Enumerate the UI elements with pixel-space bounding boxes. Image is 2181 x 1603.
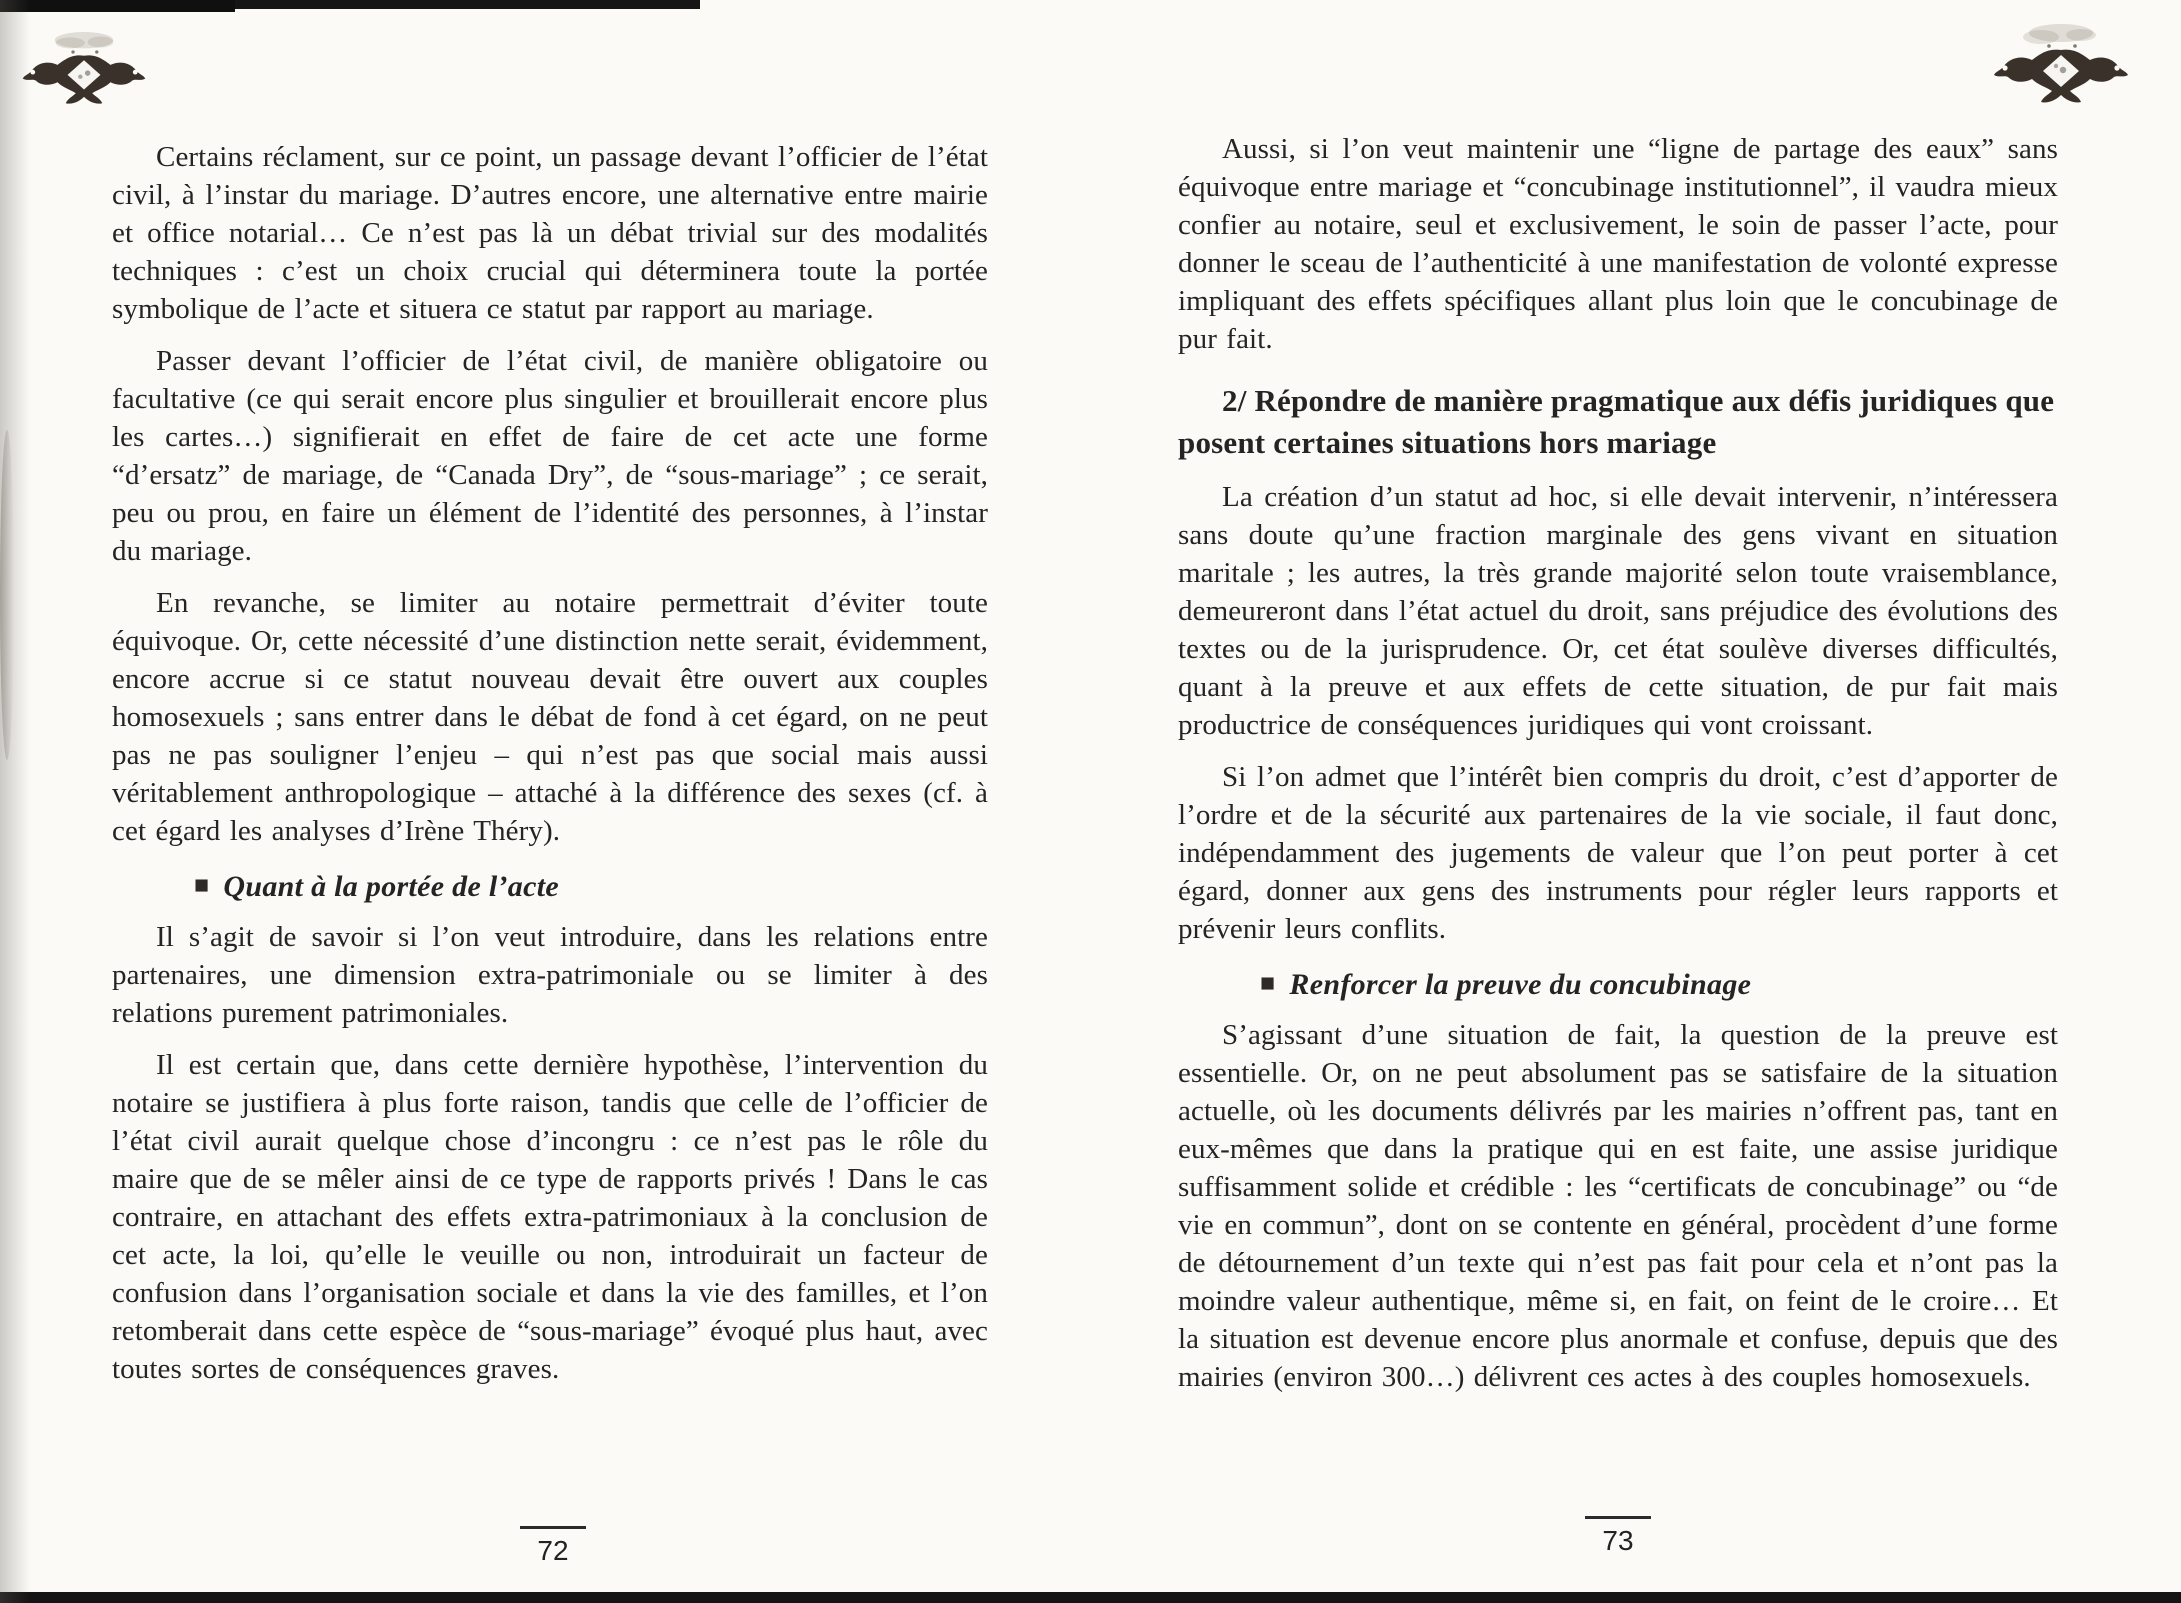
page-right: Aussi, si l’on veut maintenir une “ligne… xyxy=(1178,130,2058,1410)
page-left: Certains réclament, sur ce point, un pas… xyxy=(112,138,988,1402)
page-number: 73 xyxy=(1548,1525,1688,1557)
subheading-label: Renforcer la preuve du concubinage xyxy=(1289,968,1751,1001)
double-bird-ornament-icon xyxy=(20,28,148,120)
subheading-renforcer-la-preuve: ■Renforcer la preuve du concubinage xyxy=(1260,968,2058,1002)
section-heading-2: 2/ Répondre de manière pragmatique aux d… xyxy=(1178,380,2058,464)
paragraph: Certains réclament, sur ce point, un pas… xyxy=(112,138,988,328)
scan-left-edge-smudge xyxy=(0,430,14,760)
square-bullet-icon: ■ xyxy=(194,872,209,899)
page-number: 72 xyxy=(483,1535,623,1567)
paragraph: Aussi, si l’on veut maintenir une “ligne… xyxy=(1178,130,2058,358)
double-bird-ornament-icon xyxy=(1990,20,2132,120)
subheading-portee-de-l-acte: ■Quant à la portée de l’acte xyxy=(194,870,988,904)
paragraph: En revanche, se limiter au notaire perme… xyxy=(112,584,988,850)
page-number-left: 72 xyxy=(483,1526,623,1567)
square-bullet-icon: ■ xyxy=(1260,970,1275,997)
page-number-rule xyxy=(520,1526,586,1529)
subheading-label: Quant à la portée de l’acte xyxy=(223,870,559,903)
page-number-rule xyxy=(1585,1516,1651,1519)
paragraph: La création d’un statut ad hoc, si elle … xyxy=(1178,478,2058,744)
scan-artifact-top-bar-thick xyxy=(0,0,235,12)
scan-artifact-bottom-bar xyxy=(0,1592,2181,1603)
paragraph: S’agissant d’une situation de fait, la q… xyxy=(1178,1016,2058,1396)
book-scan-spread: Certains réclament, sur ce point, un pas… xyxy=(0,0,2181,1603)
paragraph: Passer devant l’officier de l’état civil… xyxy=(112,342,988,570)
paragraph: Il s’agit de savoir si l’on veut introdu… xyxy=(112,918,988,1032)
page-number-right: 73 xyxy=(1548,1516,1688,1557)
paragraph: Il est certain que, dans cette dernière … xyxy=(112,1046,988,1388)
paragraph: Si l’on admet que l’intérêt bien compris… xyxy=(1178,758,2058,948)
scan-left-edge-shadow xyxy=(0,0,30,1603)
